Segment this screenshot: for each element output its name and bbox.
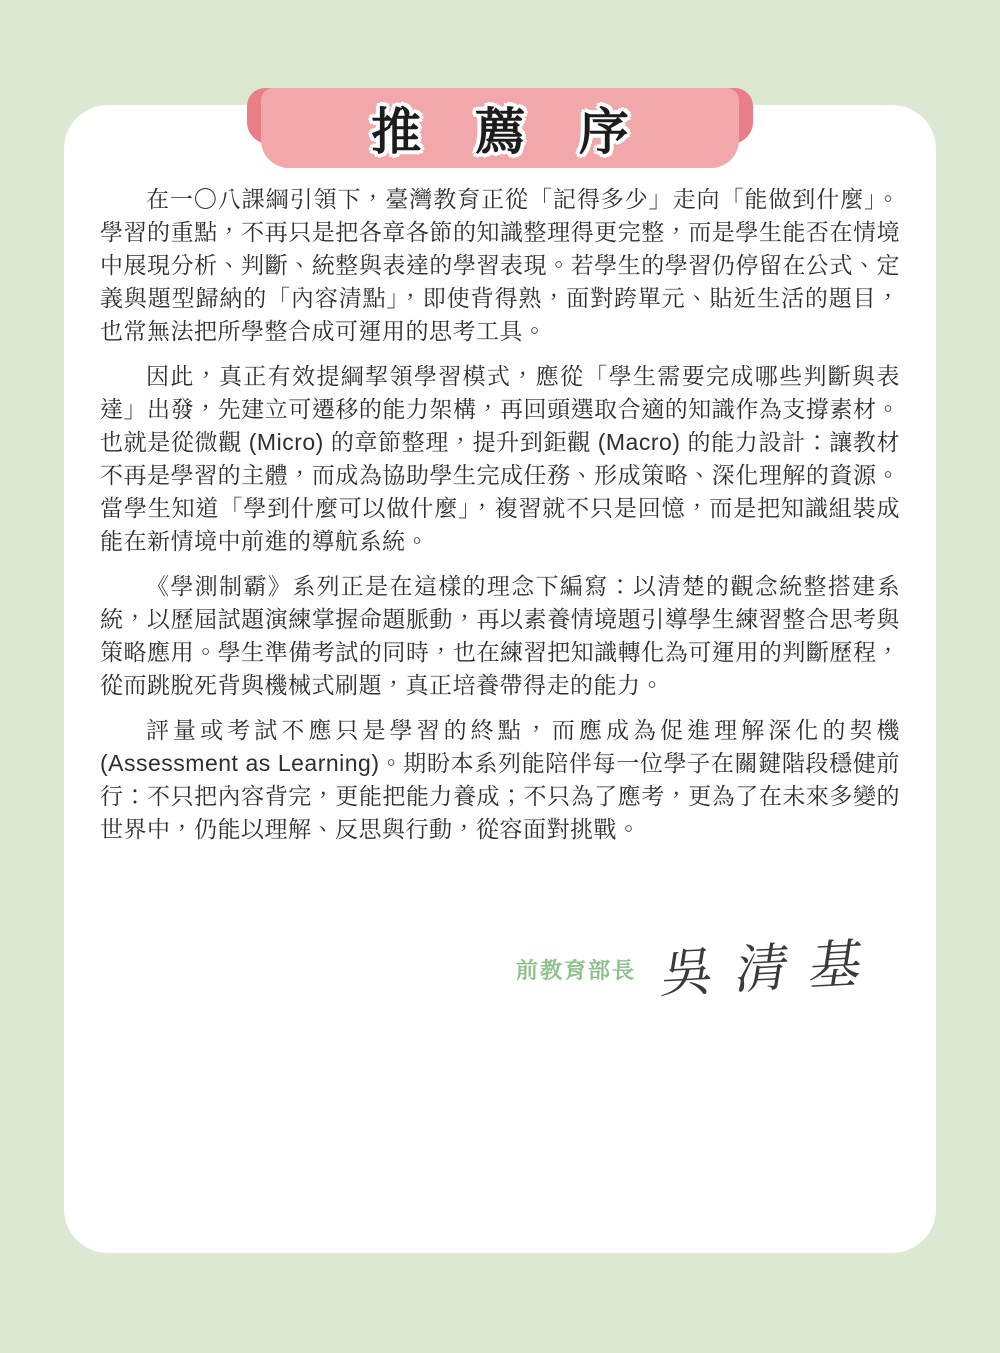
paragraph-2: 因此，真正有效提綱挈領學習模式，應從「學生需要完成哪些判斷與表達」出發，先建立可…	[100, 360, 900, 558]
page-title: 推 薦 序	[351, 92, 649, 164]
signature-block: 前教育部長 吳清基	[516, 943, 884, 995]
paragraph-1: 在一〇八課綱引領下，臺灣教育正從「記得多少」走向「能做到什麼」。學習的重點，不再…	[100, 183, 900, 348]
paragraph-4: 評量或考試不應只是學習的終點，而應成為促進理解深化的契機 (Assessment…	[100, 714, 900, 846]
paragraph-3: 《學測制霸》系列正是在這樣的理念下編寫：以清楚的觀念統整搭建系統，以歷屆試題演練…	[100, 570, 900, 702]
signer-handwritten-signature: 吳清基	[658, 937, 888, 1001]
content-card: 推 薦 序 在一〇八課綱引領下，臺灣教育正從「記得多少」走向「能做到什麼」。學習…	[64, 105, 936, 1253]
ribbon-banner: 推 薦 序	[261, 88, 739, 168]
signer-title-label: 前教育部長	[516, 954, 636, 985]
preface-body: 在一〇八課綱引領下，臺灣教育正從「記得多少」走向「能做到什麼」。學習的重點，不再…	[100, 183, 900, 858]
title-banner: 推 薦 序	[261, 88, 739, 168]
